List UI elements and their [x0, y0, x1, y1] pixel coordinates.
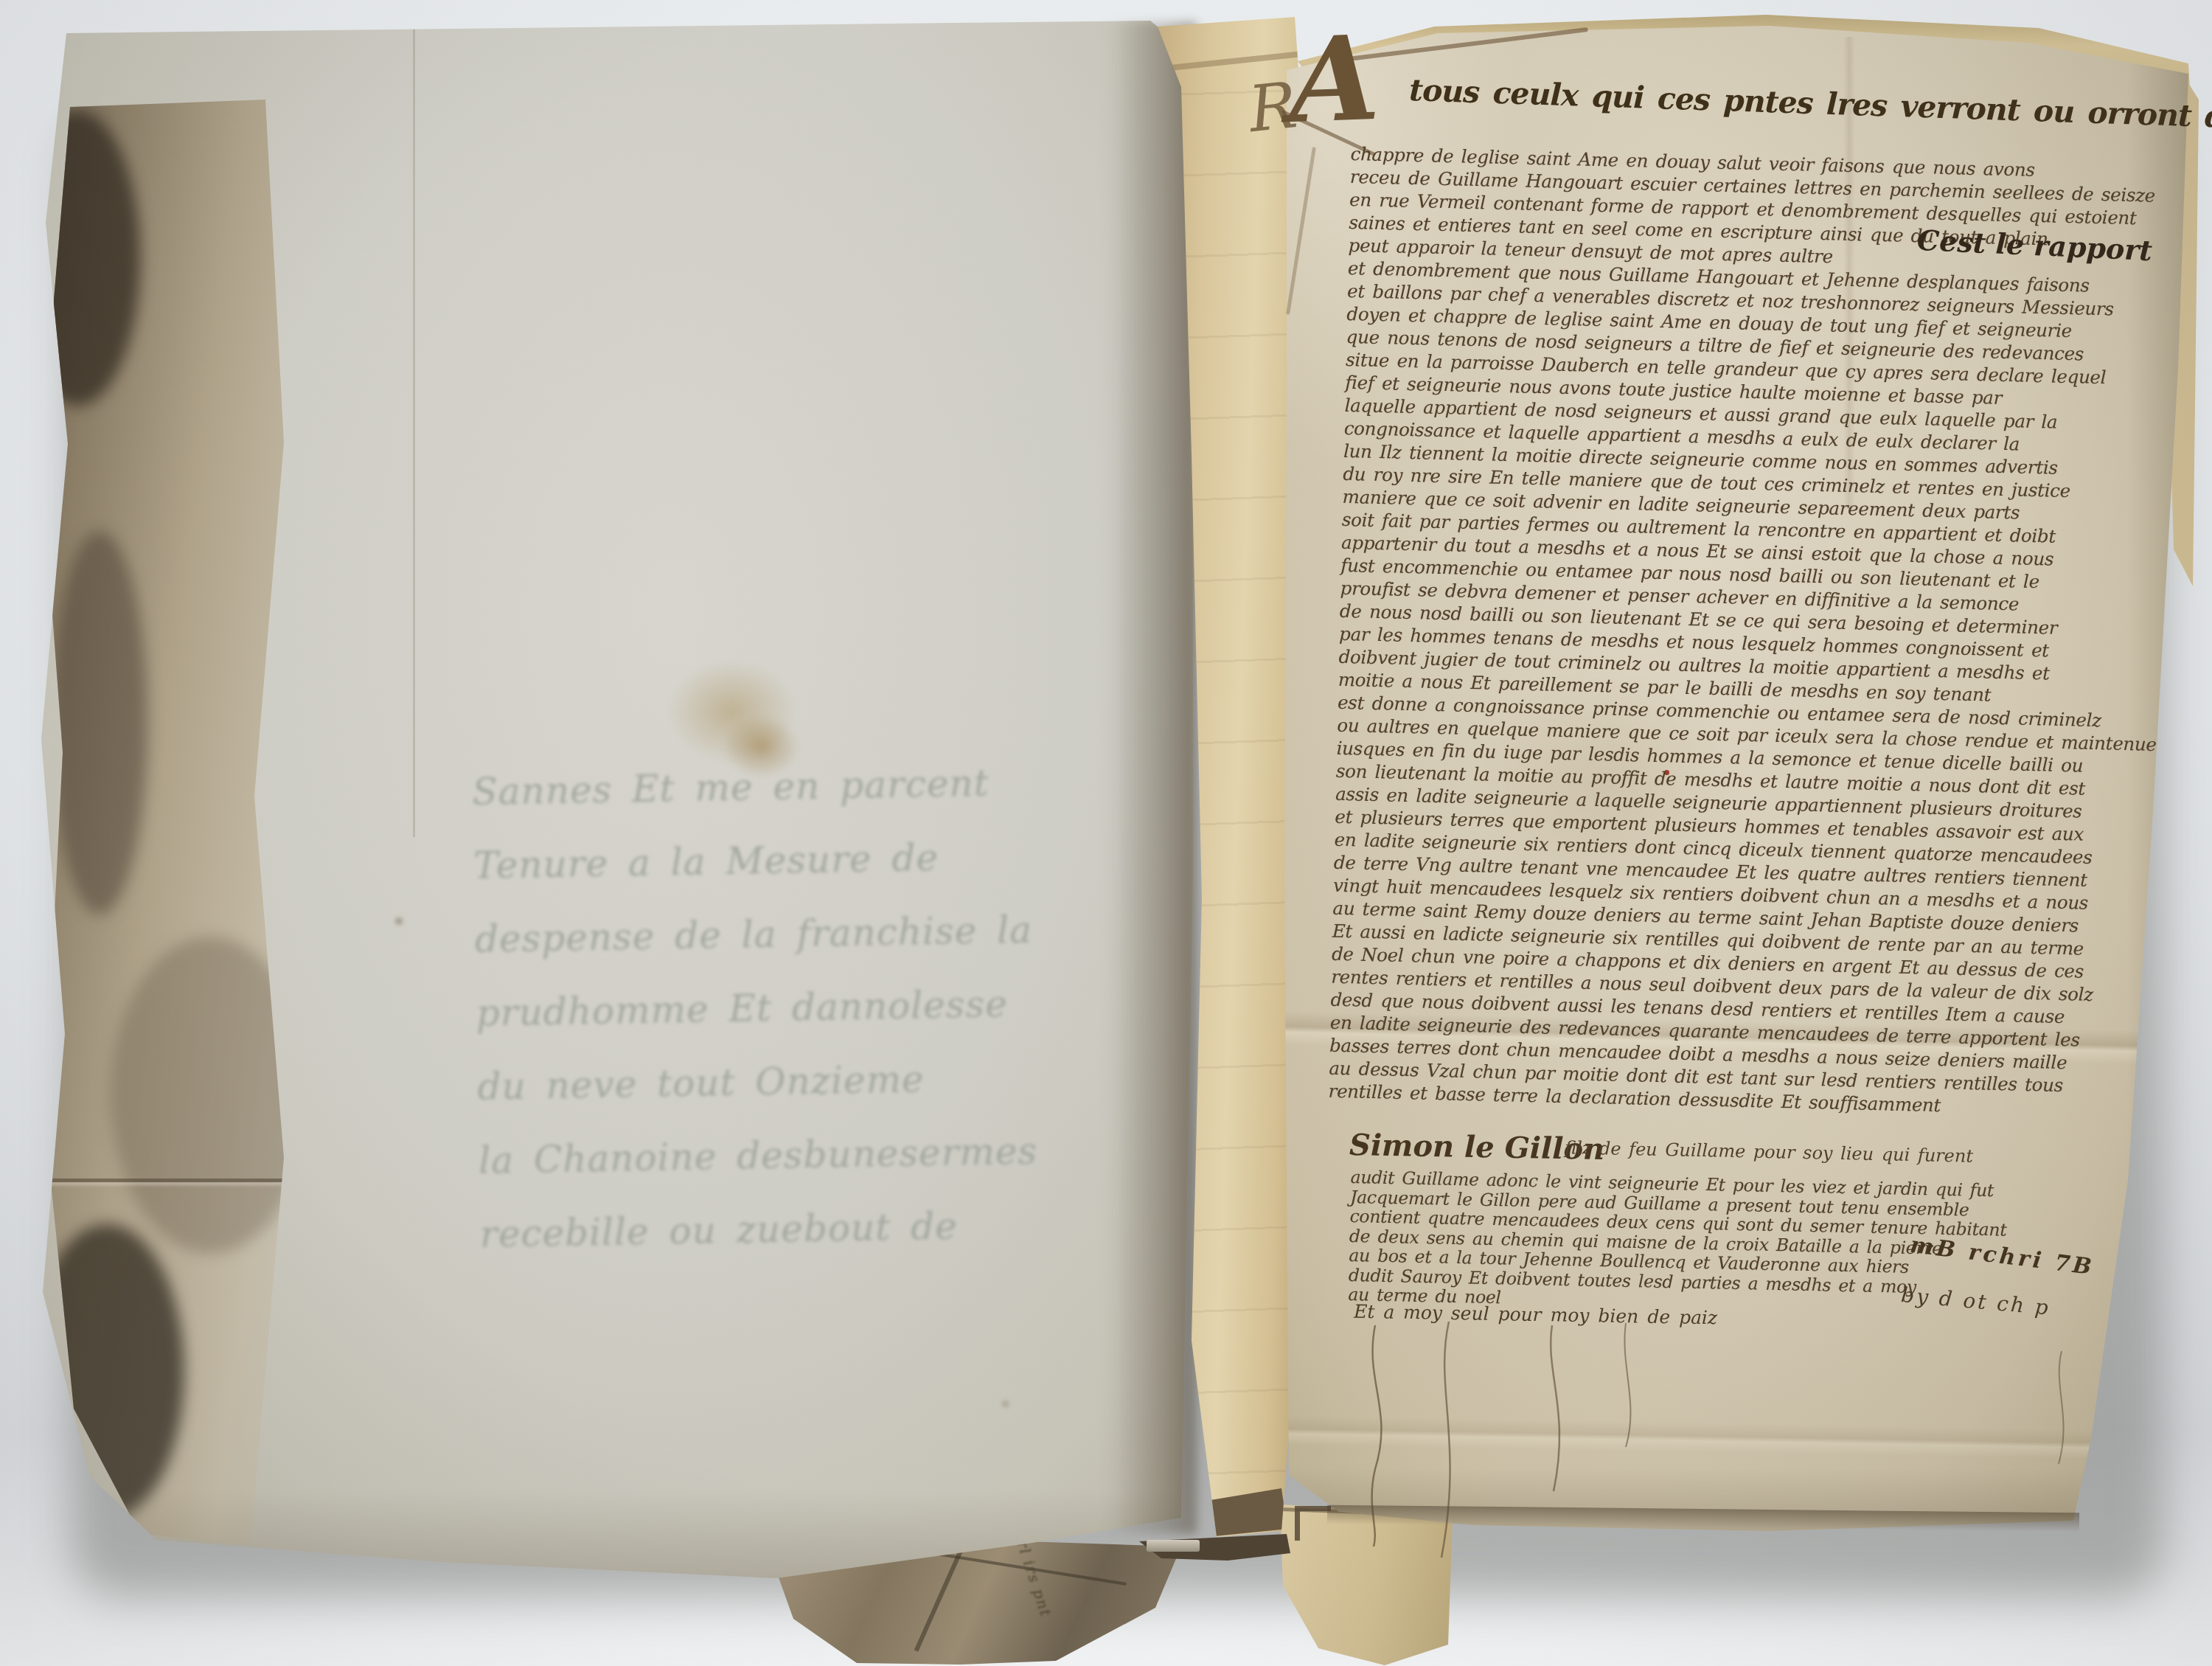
main-text-block: chappre de leglise saint Ame en douay sa…	[1328, 143, 2154, 1122]
ghost-text-line: du neve tout Onzieme	[477, 1054, 1164, 1139]
soiling-blotch	[52, 531, 147, 914]
soiling-blotch	[15, 111, 140, 406]
spine-clasp	[1147, 1540, 1200, 1552]
ghost-text-line: la Chanoine desbunesermes	[479, 1128, 1166, 1213]
descender-flourishes	[1360, 1322, 1700, 1565]
photograph-of-open-parchment-register: zrl irs pnt Sannes Et me en parcentTenur…	[0, 0, 2212, 1666]
ghost-text-line: Sannes Et me en parcent	[472, 759, 1159, 844]
gutter-shadow	[1105, 22, 1197, 1534]
left-page-folded-edge-strip	[29, 88, 302, 1560]
ink-spot	[396, 918, 402, 924]
ghost-text-line: Tenure a la Mesure de	[473, 833, 1161, 918]
soiling-blotch	[29, 1224, 184, 1519]
ghost-text-line: recebille ou zuebout de	[479, 1201, 1166, 1287]
ghost-text-line: prudhomme Et dannolesse	[476, 980, 1163, 1066]
fold-crease-line	[41, 1179, 288, 1182]
left-page-blank-verso: Sannes Et me en parcentTenure a la Mesur…	[29, 15, 1198, 1586]
soiling-blotch	[111, 937, 310, 1254]
fragment-crease	[914, 1549, 963, 1651]
ink-spot	[1003, 1401, 1008, 1406]
margin-paraph: R	[1245, 69, 1301, 147]
left-page-top-edge	[29, 15, 1198, 21]
spine-bottom-edge	[1139, 1528, 1301, 1571]
ghost-text-line: despense de la franchise la	[474, 906, 1161, 992]
vertical-fold-line	[413, 26, 415, 837]
show-through-ghost-text: Sannes Et me en parcentTenure a la Mesur…	[472, 759, 1166, 1287]
parchment-stain	[723, 715, 800, 778]
descender-flourish	[2039, 1350, 2084, 1468]
